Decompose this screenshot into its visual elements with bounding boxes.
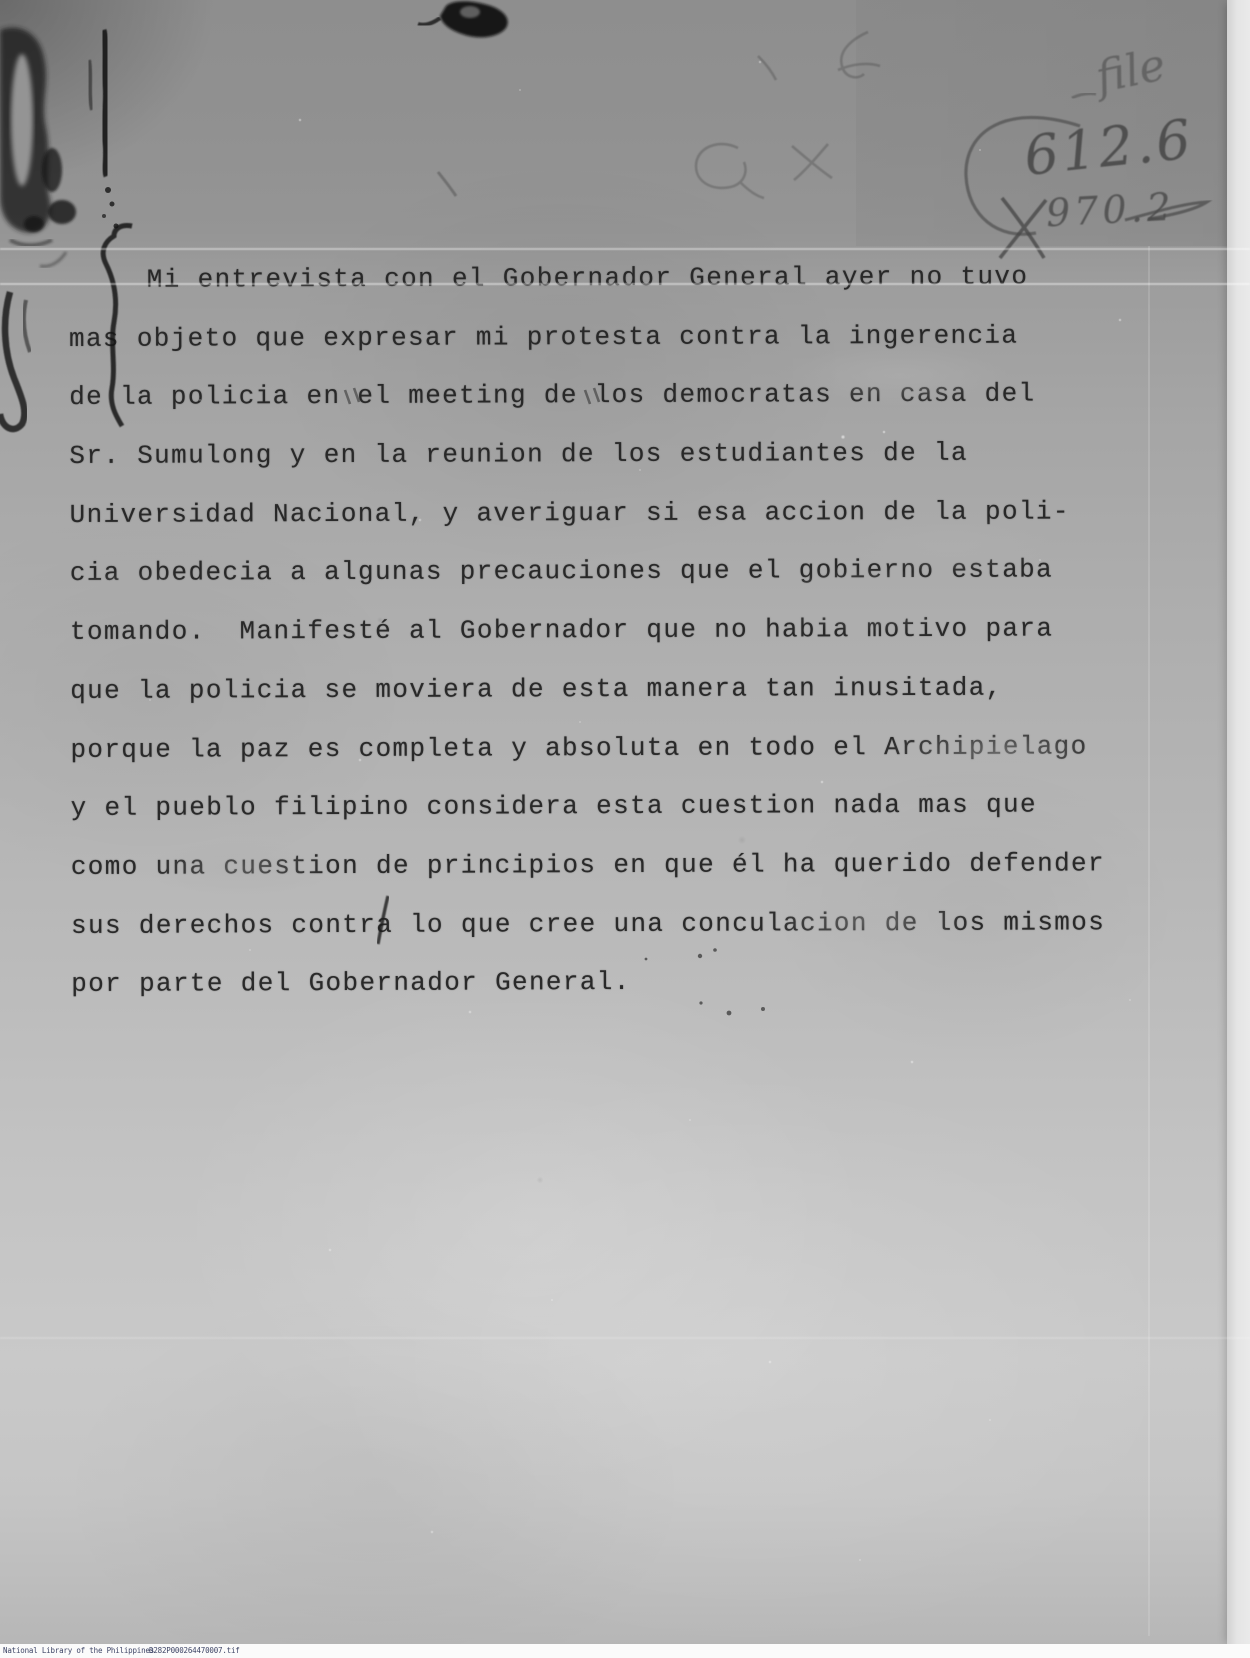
pencil-scribbles [696,32,880,198]
pen-stroke-left-margin [103,225,132,426]
paper-crease-line [0,248,1250,250]
ink-specks [645,948,765,1015]
ink-blot-top-left [0,28,119,267]
scanned-document-page: Mi entrevista con el Gobernador General … [0,0,1250,1658]
ditto-marks [345,388,599,404]
scan-footer-strip: National Library of the Philippines D282… [0,1644,1250,1658]
footer-library-label: National Library of the Philippines [3,1646,154,1655]
ink-blob-top-center [418,1,508,196]
pencil-strike-swoosh [1072,94,1207,220]
pen-mark-j-shape [0,292,30,429]
pen-slash-line12 [378,896,388,944]
pencil-circle [966,117,1080,234]
paper-crease-line [0,283,1250,285]
paper-crease-line [0,1337,1250,1339]
footer-filename-label: D282P000264470007.tif [149,1646,240,1655]
